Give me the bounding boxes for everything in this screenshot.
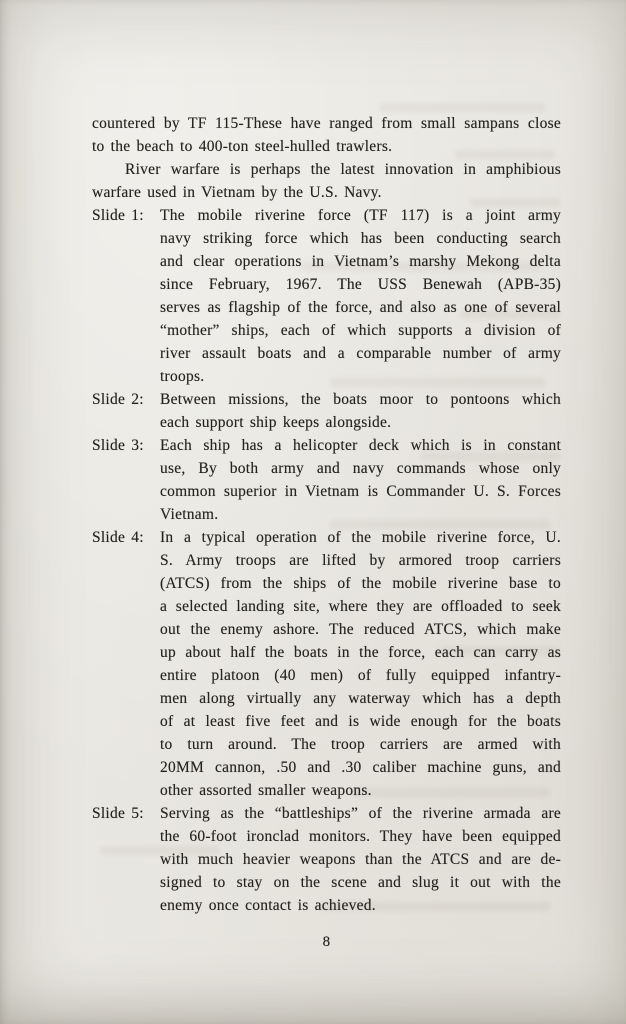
text-line: (ATCS) from the ships of the mobile rive… <box>160 572 561 595</box>
text-line: enemy once contact is achieved. <box>160 894 561 917</box>
text-line: up about half the boats in the force, ea… <box>160 641 561 664</box>
slide-text: Serving as the “battleships” of the rive… <box>160 802 561 917</box>
text-line: to the beach to 400-ton steel-hulled tra… <box>92 135 561 158</box>
scanned-page: countered by TF 115-These have ranged fr… <box>0 0 626 1024</box>
slide-text: The mobile riverine force (TF 117) is a … <box>160 204 561 388</box>
text-line: men along virtually any waterway which h… <box>160 687 561 710</box>
text-line: River warfare is perhaps the latest inno… <box>92 158 561 181</box>
slide-item: Slide 4:In a typical operation of the mo… <box>92 526 561 802</box>
slide-text: Each ship has a helicopter deck which is… <box>160 434 561 526</box>
text-line: use, By both army and navy commands whos… <box>160 457 561 480</box>
slide-item: Slide 1:The mobile riverine force (TF 11… <box>92 204 561 388</box>
text-line: signed to stay on the scene and slug it … <box>160 871 561 894</box>
text-line: common superior in Vietnam is Commander … <box>160 480 561 503</box>
slide-label: Slide 4: <box>92 526 160 549</box>
text-line: warfare used in Vietnam by the U.S. Navy… <box>92 181 561 204</box>
text-line: of at least five feet and is wide enough… <box>160 710 561 733</box>
page-number: 8 <box>92 934 561 951</box>
text-line: troops. <box>160 365 561 388</box>
text-line: Serving as the “battleships” of the rive… <box>160 802 561 825</box>
slide-label: Slide 5: <box>92 802 160 825</box>
text-line: S. Army troops are lifted by armored tro… <box>160 549 561 572</box>
text-line: to turn around. The troop carriers are a… <box>160 733 561 756</box>
slide-label: Slide 1: <box>92 204 160 227</box>
slide-text: In a typical operation of the mobile riv… <box>160 526 561 802</box>
bleedthrough-smudge <box>380 103 545 112</box>
text-line: and clear operations in Vietnam’s marshy… <box>160 250 561 273</box>
paragraph: countered by TF 115-These have ranged fr… <box>92 112 561 158</box>
text-line: Vietnam. <box>160 503 561 526</box>
text-line: other assorted smaller weapons. <box>160 779 561 802</box>
text-line: In a typical operation of the mobile riv… <box>160 526 561 549</box>
text-line: out the enemy ashore. The reduced ATCS, … <box>160 618 561 641</box>
text-line: a selected landing site, where they are … <box>160 595 561 618</box>
text-line: 20MM cannon, .50 and .30 caliber machine… <box>160 756 561 779</box>
text-line: entire platoon (40 men) of fully equippe… <box>160 664 561 687</box>
text-line: countered by TF 115-These have ranged fr… <box>92 112 561 135</box>
slide-label: Slide 2: <box>92 388 160 411</box>
text-block: countered by TF 115-These have ranged fr… <box>92 112 561 917</box>
text-line: navy striking force which has been condu… <box>160 227 561 250</box>
text-line: The mobile riverine force (TF 117) is a … <box>160 204 561 227</box>
slide-item: Slide 5:Serving as the “battleships” of … <box>92 802 561 917</box>
text-line: since February, 1967. The USS Benewah (A… <box>160 273 561 296</box>
slide-text: Between missions, the boats moor to pont… <box>160 388 561 434</box>
slide-item: Slide 3:Each ship has a helicopter deck … <box>92 434 561 526</box>
text-line: Between missions, the boats moor to pont… <box>160 388 561 411</box>
text-line: serves as flagship of the force, and als… <box>160 296 561 319</box>
paragraph: River warfare is perhaps the latest inno… <box>92 158 561 204</box>
text-line: river assault boats and a comparable num… <box>160 342 561 365</box>
text-line: with much heavier weapons than the ATCS … <box>160 848 561 871</box>
text-line: Each ship has a helicopter deck which is… <box>160 434 561 457</box>
text-line: the 60-foot ironclad monitors. They have… <box>160 825 561 848</box>
text-line: each support ship keeps alongside. <box>160 411 561 434</box>
slide-label: Slide 3: <box>92 434 160 457</box>
slide-item: Slide 2:Between missions, the boats moor… <box>92 388 561 434</box>
text-line: “mother” ships, each of which supports a… <box>160 319 561 342</box>
